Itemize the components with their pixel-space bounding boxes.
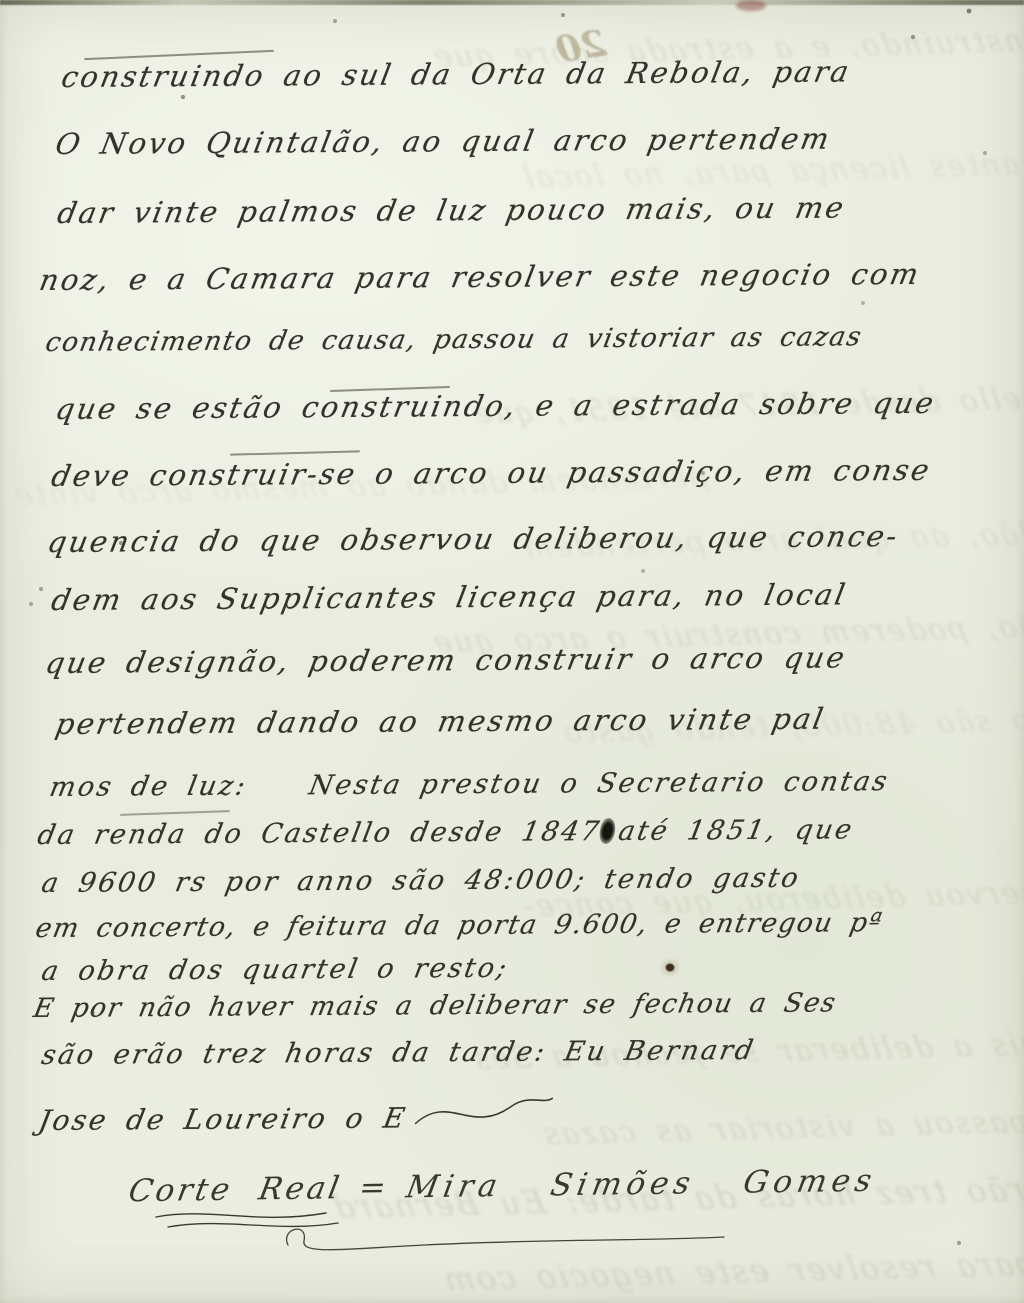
line-12-right: Nesta prestou o Secretario contas — [306, 766, 891, 801]
manuscript-line-5: conhecimento de causa, passou a vistoria… — [43, 321, 865, 358]
manuscript-line-16: a obra dos quartel o resto; — [39, 953, 511, 987]
manuscript-line-4: noz, e a Camara para resolver este negoc… — [37, 257, 924, 297]
manuscript-line-15: em concerto, e feitura da porta 9.600, e… — [33, 907, 886, 944]
manuscript-line-13: da renda do Castello desde 1847 até 1851… — [35, 814, 857, 851]
manuscript-line-18: são erão trez horas da tarde: Eu Bernard — [39, 1035, 758, 1071]
manuscript-line-17: E por não haver mais a deliberar se fech… — [31, 987, 839, 1024]
signature-line: Corte Real=Mira Simões Gomes — [126, 1163, 880, 1209]
manuscript-line-10: que designão, poderem construir o arco q… — [43, 640, 850, 680]
closing-scribe-text: Jose de Loureiro o E — [36, 1101, 410, 1137]
signature-flourish-icon — [138, 1205, 778, 1259]
signature-corte-real: Corte Real — [126, 1170, 345, 1209]
manuscript-line-19: Jose de Loureiro o E — [36, 1090, 558, 1138]
signature-mira-simoes-gomes: Mira Simões Gomes — [403, 1163, 879, 1206]
manuscript-line-3: dar vinte palmos de luz pouco mais, ou m… — [55, 191, 849, 230]
manuscript-line-1: construindo ao sul da Orta da Rebola, pa… — [59, 55, 854, 94]
manuscript-line-7: deve construir-se o arco ou passadiço, e… — [49, 453, 934, 493]
red-edge-mark — [736, 0, 766, 11]
line-12-left: mos de luz: — [47, 771, 250, 803]
manuscript-page: que se estão construindo, e a estrada so… — [0, 0, 1024, 1303]
signature-separator: = — [356, 1170, 392, 1206]
manuscript-line-9: dem aos Supplicantes licença para, no lo… — [49, 577, 850, 617]
pen-flourish-icon — [409, 1090, 557, 1135]
manuscript-line-6: que se estão construindo, e a estrada so… — [53, 386, 939, 426]
paper-specks — [0, 0, 2, 2]
manuscript-line-14: a 9600 rs por anno são 48:000; tendo gas… — [39, 863, 803, 899]
manuscript-line-11: pertendem dando ao mesmo arco vinte pal — [53, 702, 828, 741]
manuscript-text: construindo ao sul da Orta da Rebola, pa… — [0, 0, 1024, 1303]
manuscript-line-2: O Novo Quintalão, ao qual arco pertendem — [53, 122, 834, 161]
manuscript-line-8: quencia do que observou deliberou, que c… — [45, 519, 902, 559]
manuscript-line-12: mos de luz:Nesta prestou o Secretario co… — [47, 766, 892, 803]
